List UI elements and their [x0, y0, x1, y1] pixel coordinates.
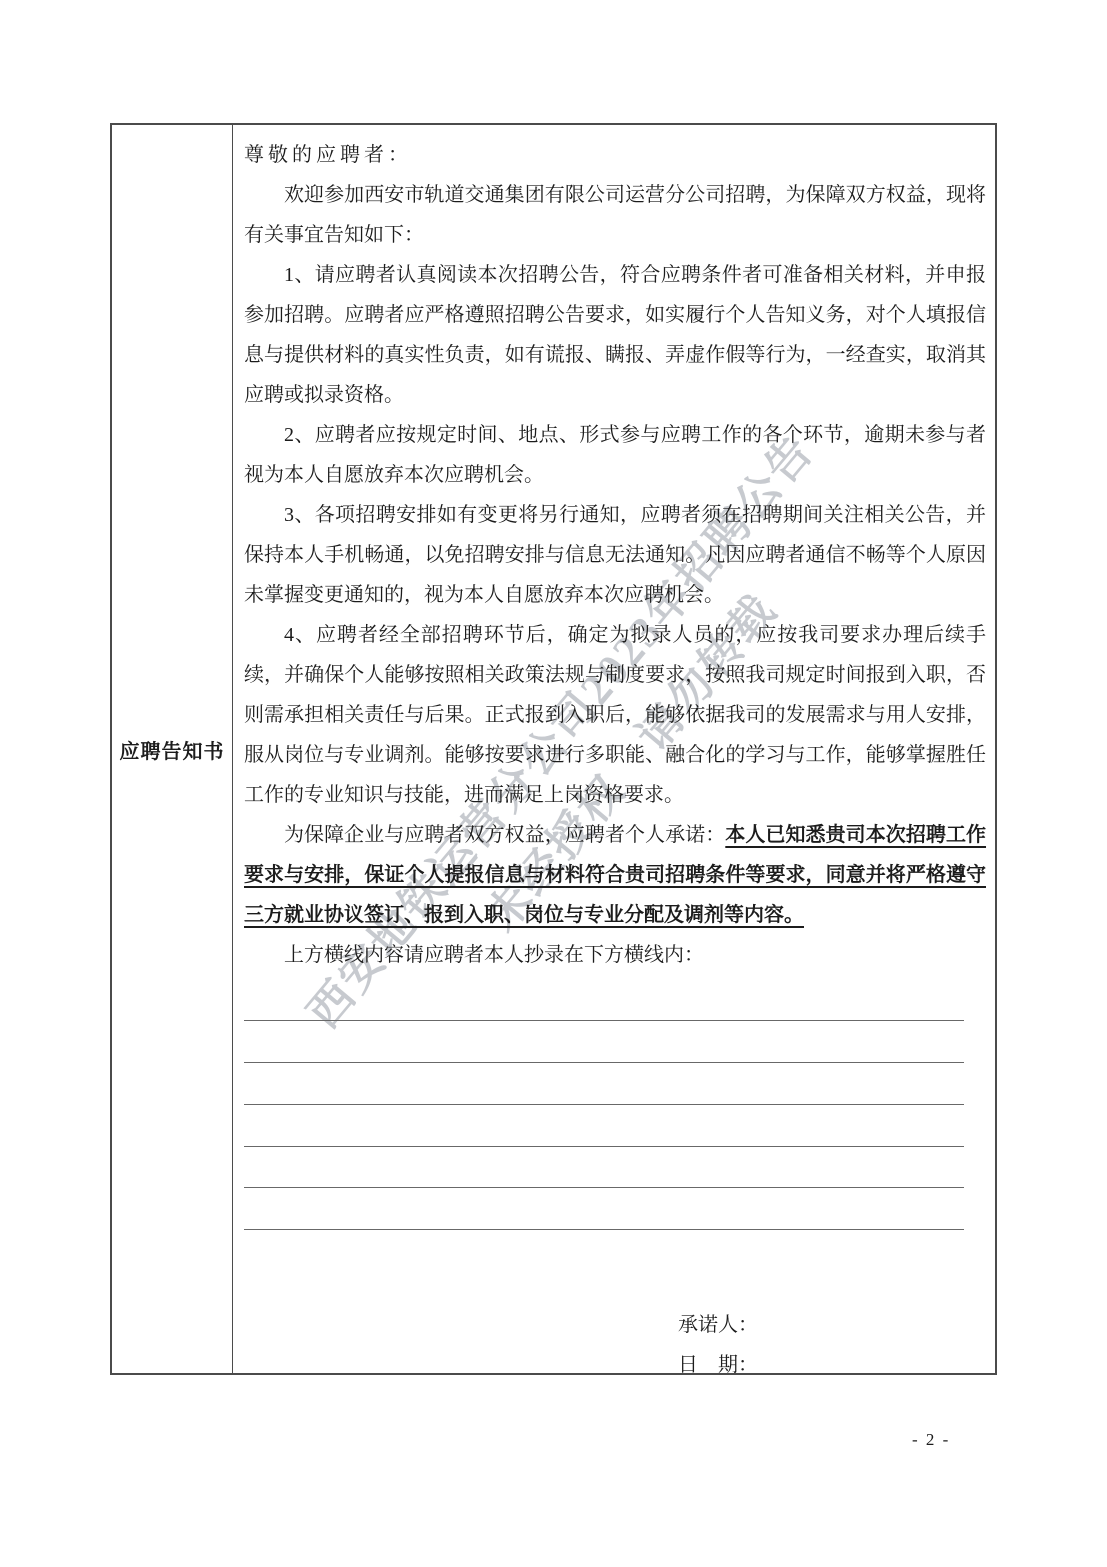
writing-line-3 — [244, 1063, 964, 1105]
date-label: 日 期： — [678, 1345, 986, 1373]
promiser-label: 承诺人： — [678, 1305, 986, 1345]
row-label-cell: 应聘告知书 — [112, 125, 233, 1373]
promise-paragraph: 为保障企业与应聘者双方权益，应聘者个人承诺：本人已知悉贵司本次招聘工作要求与安排… — [244, 815, 986, 935]
notice-table: 应聘告知书 尊敬的应聘者： 欢迎参加西安市轨道交通集团有限公司运营分公司招聘，为… — [110, 123, 997, 1375]
writing-line-6 — [244, 1188, 964, 1230]
clause-4: 4、应聘者经全部招聘环节后，确定为拟录人员的，应按我司要求办理后续手续，并确保个… — [244, 615, 986, 815]
salutation: 尊敬的应聘者： — [244, 135, 986, 175]
row-label: 应聘告知书 — [120, 735, 225, 764]
signature-block: 承诺人： 日 期： — [678, 1305, 986, 1373]
writing-line-1 — [244, 979, 964, 1021]
writing-line-4 — [244, 1105, 964, 1147]
document-page: 西安地铁运营分公司2023年招聘公告 未经授权 请勿转载 应聘告知书 尊敬的应聘… — [0, 0, 1107, 1567]
clause-1: 1、请应聘者认真阅读本次招聘公告，符合应聘条件者可准备相关材料，并申报参加招聘。… — [244, 255, 986, 415]
notice-content-cell: 尊敬的应聘者： 欢迎参加西安市轨道交通集团有限公司运营分公司招聘，为保障双方权益… — [233, 125, 995, 1373]
transcribe-note: 上方横线内容请应聘者本人抄录在下方横线内： — [244, 935, 986, 975]
writing-line-2 — [244, 1021, 964, 1063]
page-number: - 2 - — [912, 1430, 950, 1450]
clause-2: 2、应聘者应按规定时间、地点、形式参与应聘工作的各个环节，逾期未参与者视为本人自… — [244, 415, 986, 495]
clause-3: 3、各项招聘安排如有变更将另行通知，应聘者须在招聘期间关注相关公告，并保持本人手… — [244, 495, 986, 615]
promise-lead: 为保障企业与应聘者双方权益，应聘者个人承诺： — [284, 824, 725, 846]
handwriting-area — [244, 979, 964, 1230]
writing-line-5 — [244, 1147, 964, 1189]
intro-paragraph: 欢迎参加西安市轨道交通集团有限公司运营分公司招聘，为保障双方权益，现将有关事宜告… — [244, 175, 986, 255]
